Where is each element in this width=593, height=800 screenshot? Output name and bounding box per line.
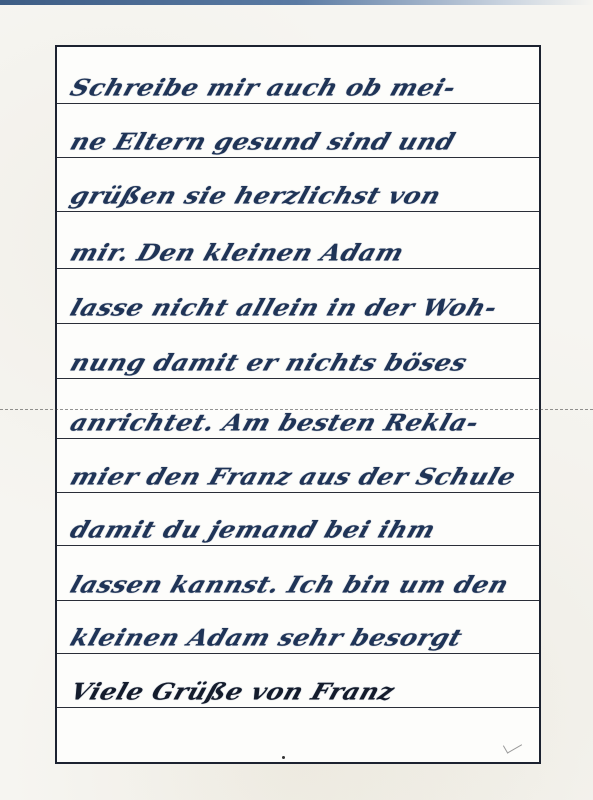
handwritten-line: mir. Den kleinen Adam: [67, 239, 408, 266]
handwritten-line: lassen kannst. Ich bin um den: [67, 571, 512, 598]
ruled-line-7: anrichtet. Am besten Rekla-: [57, 387, 539, 439]
handwritten-line: anrichtet. Am besten Rekla-: [67, 409, 482, 436]
letter-frame: Schreibe mir auch ob mei- ne Eltern gesu…: [55, 45, 541, 764]
ruled-line-3: grüßen sie herzlichst von: [57, 160, 539, 212]
handwritten-line: damit du jemand bei ihm: [67, 516, 439, 543]
scan-top-edge: [0, 0, 593, 5]
signature-line: Viele Grüße von Franz: [67, 678, 398, 705]
pencil-mark: [503, 737, 522, 753]
ruled-line-9: damit du jemand bei ihm: [57, 494, 539, 546]
handwritten-line: Schreibe mir auch ob mei-: [67, 74, 460, 101]
ruled-line-1: Schreibe mir auch ob mei-: [57, 52, 539, 104]
ink-speck: [282, 756, 285, 759]
handwritten-line: nung damit er nichts böses: [67, 349, 471, 376]
handwritten-line: mier den Franz aus der Schule: [67, 463, 519, 490]
paper-fold-line: [0, 409, 593, 410]
handwritten-line: lasse nicht allein in der Woh-: [67, 294, 501, 321]
ruled-line-11: kleinen Adam sehr besorgt: [57, 602, 539, 654]
ruled-line-5: lasse nicht allein in der Woh-: [57, 272, 539, 324]
ruled-line-4: mir. Den kleinen Adam: [57, 217, 539, 269]
ruled-line-10: lassen kannst. Ich bin um den: [57, 549, 539, 601]
handwritten-line: grüßen sie herzlichst von: [67, 182, 445, 209]
ruled-line-2: ne Eltern gesund sind und: [57, 106, 539, 158]
handwritten-line: kleinen Adam sehr besorgt: [67, 624, 466, 651]
ruled-line-12: Viele Grüße von Franz: [57, 656, 539, 708]
ruled-line-6: nung damit er nichts böses: [57, 327, 539, 379]
handwritten-line: ne Eltern gesund sind und: [67, 128, 459, 155]
ruled-line-8: mier den Franz aus der Schule: [57, 441, 539, 493]
